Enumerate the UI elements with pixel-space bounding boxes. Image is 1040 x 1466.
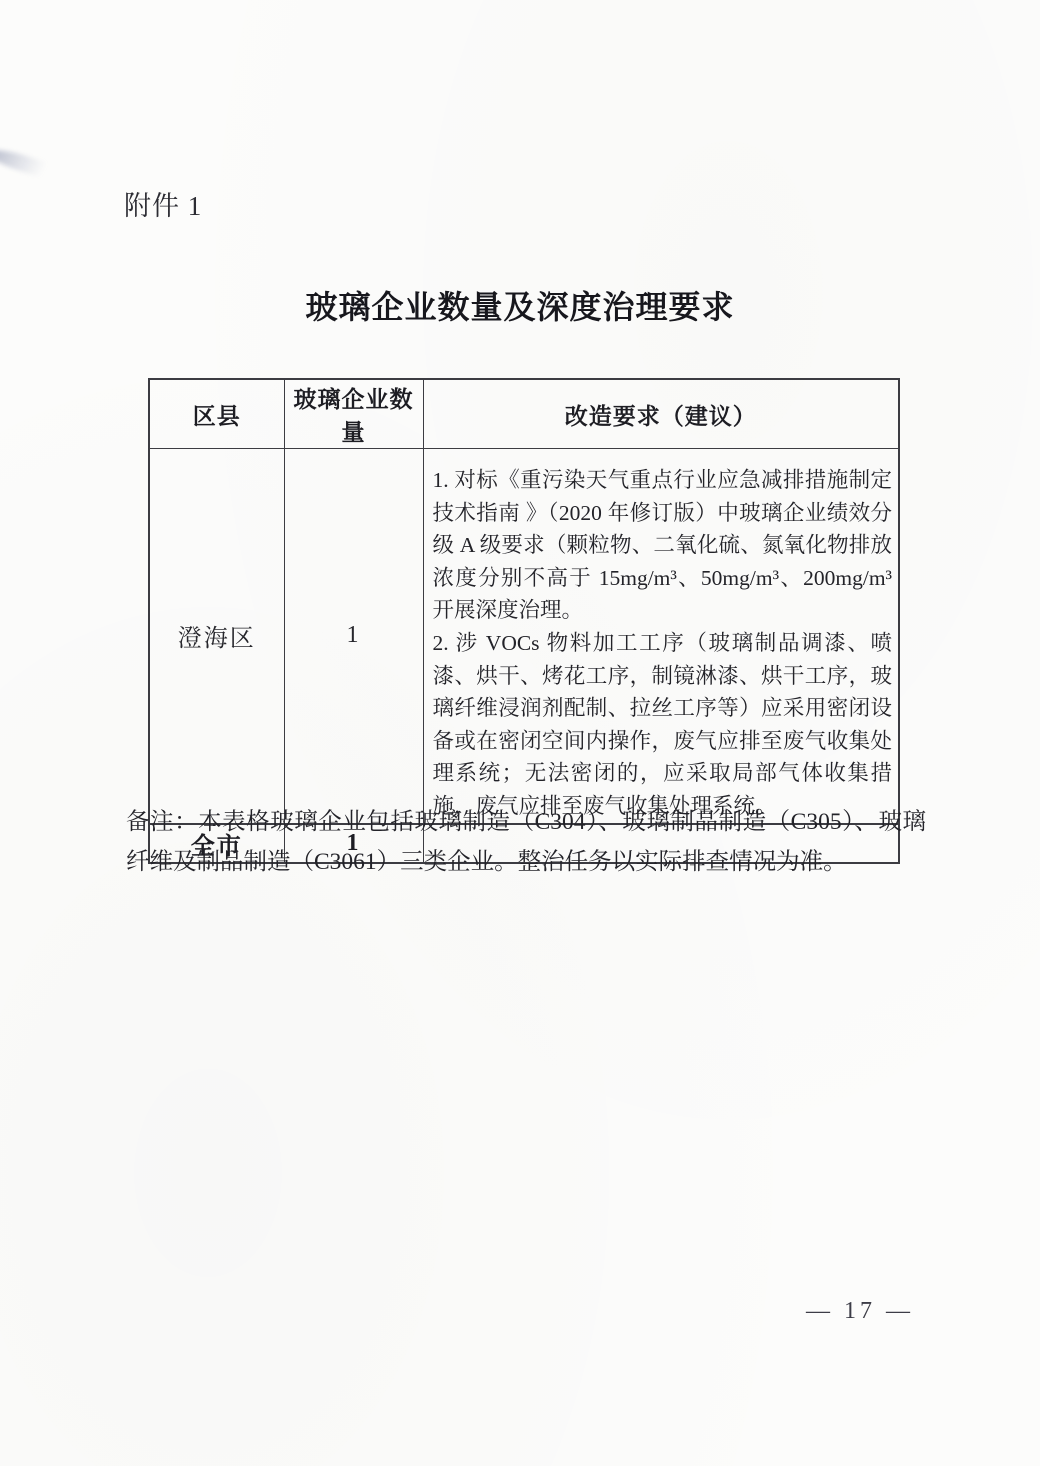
attachment-label: 附件 1 (124, 184, 202, 223)
scan-smudge-artifact (0, 144, 65, 183)
header-enterprise-count: 玻璃企业数量 (284, 379, 423, 449)
table-note: 备注：本表格玻璃企业包括玻璃制造（C304）、玻璃制品制造（C305）、玻璃纤维… (126, 802, 926, 882)
requirements-cell: 1. 对标《重污染天气重点行业应急减排措施制定技术指南 》（2020 年修订版）… (423, 449, 899, 824)
count-cell: 1 (284, 449, 423, 824)
table-header-row: 区县 玻璃企业数量 改造要求（建议） (149, 379, 899, 449)
document-page: 附件 1 玻璃企业数量及深度治理要求 区县 玻璃企业数量 改造要求（建议） 澄海… (0, 0, 1040, 1466)
page-number: — 17 — (806, 1298, 914, 1325)
table-row: 澄海区 1 1. 对标《重污染天气重点行业应急减排措施制定技术指南 》（2020… (149, 449, 899, 824)
header-requirements: 改造要求（建议） (423, 379, 899, 449)
requirement-item-1: 1. 对标《重污染天气重点行业应急减排措施制定技术指南 》（2020 年修订版）… (433, 464, 893, 627)
requirement-item-2: 2. 涉 VOCs 物料加工工序（玻璃制品调漆、喷漆、烘干、烤花工序，制镜淋漆、… (433, 627, 893, 823)
glass-enterprise-table: 区县 玻璃企业数量 改造要求（建议） 澄海区 1 1. 对标《重污染天气重点行业… (148, 378, 900, 864)
district-cell: 澄海区 (149, 449, 284, 824)
document-title: 玻璃企业数量及深度治理要求 (0, 282, 1040, 328)
header-district: 区县 (149, 379, 284, 449)
